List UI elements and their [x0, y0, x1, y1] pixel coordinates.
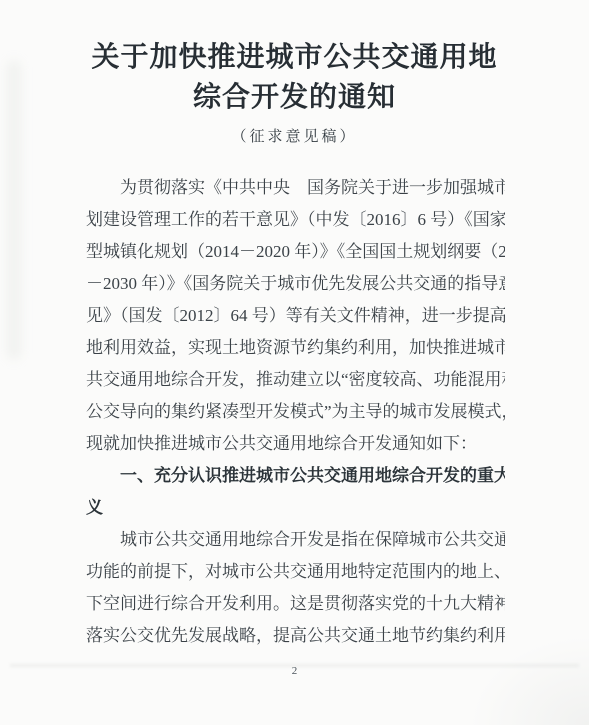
document-title-line-2: 综合开发的通知 — [0, 78, 589, 118]
document-title-line-1: 关于加快推进城市公共交通用地 — [0, 38, 589, 78]
title-block: 关于加快推进城市公共交通用地 综合开发的通知 （征求意见稿） — [0, 38, 589, 146]
paragraph1-line: 见》（国发〔2012〕64 号）等有关文件精神，进一步提高土 — [86, 300, 505, 332]
paragraph1-line: 现就加快推进城市公共交通用地综合开发通知如下： — [86, 428, 505, 460]
document-body: 为贯彻落实《中共中央 国务院关于进一步加强城市规 划建设管理工作的若干意见》（中… — [86, 172, 505, 652]
paragraph2-line: 功能的前提下，对城市公共交通用地特定范围内的地上、地 — [86, 556, 505, 588]
paragraph2-line: 城市公共交通用地综合开发是指在保障城市公共交通 — [86, 524, 505, 556]
paragraph1-line: 为贯彻落实《中共中央 国务院关于进一步加强城市规 — [86, 172, 505, 204]
paragraph1-line: 共交通用地综合开发，推动建立以“密度较高、功能混用和 — [86, 364, 505, 396]
paragraph1-line: 地利用效益，实现土地资源节约集约利用，加快推进城市公 — [86, 332, 505, 364]
paragraph2-line: 下空间进行综合开发利用。这是贯彻落实党的十九大精神， — [86, 588, 505, 620]
paragraph1-line: 型城镇化规划（2014－2020 年）》《全国国土规划纲要（2016 — [86, 236, 505, 268]
paragraph1-line: 划建设管理工作的若干意见》（中发〔2016〕6 号）《国家新 — [86, 204, 505, 236]
paragraph2-line: 落实公交优先发展战略，提高公共交通土地节约集约利用水 — [86, 620, 505, 652]
document-page: 关于加快推进城市公共交通用地 综合开发的通知 （征求意见稿） 为贯彻落实《中共中… — [0, 0, 589, 725]
paragraph1-line: 公交导向的集约紧凑型开发模式”为主导的城市发展模式， — [86, 396, 505, 428]
page-number: 2 — [0, 665, 589, 677]
paragraph1-line: －2030 年）》《国务院关于城市优先发展公共交通的指导意 — [86, 268, 505, 300]
section-heading-line: 一、充分认识推进城市公共交通用地综合开发的重大意 — [86, 460, 505, 492]
document-subtitle: （征求意见稿） — [0, 125, 589, 146]
section-heading-line: 义 — [86, 492, 505, 524]
